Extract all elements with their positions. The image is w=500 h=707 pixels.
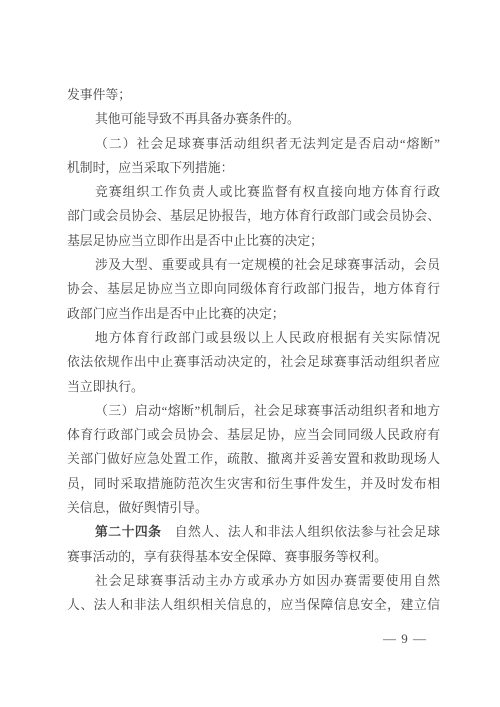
- text-line: 体育行政部门或会员协会、基层足协，应当会同同级人民政府有: [67, 423, 440, 447]
- paragraph: 第二十四条 自然人、法人和非法人组织依法参与社会足球赛事活动的，享有获得基本安全…: [67, 520, 440, 569]
- text-line: 政部门应当作出是否中止比赛的决定；: [67, 302, 440, 326]
- text-segment: 人、法人和非法人组织相关信息的，应当保障信息安全，建立信: [67, 598, 440, 612]
- text-segment: 协会、基层足协应当立即向同级体育行政部门报告，地方体育行: [67, 282, 440, 296]
- text-segment: 关部门做好应急处置工作，疏散、撤离并妥善安置和救助现场人: [67, 452, 440, 466]
- text-line: 员，同时采取措施防范次生灾害和衍生事件发生，并及时发布相: [67, 472, 440, 496]
- text-segment: 政部门应当作出是否中止比赛的决定；: [67, 307, 285, 321]
- text-segment: 机制时，应当采取下列措施：: [67, 161, 233, 175]
- text-segment: 部门或会员协会、基层足协报告，地方体育行政部门或会员协会、: [67, 209, 440, 223]
- paragraph: （三）启动“熔断”机制后，社会足球赛事活动组织者和地方体育行政部门或会员协会、基…: [67, 399, 440, 520]
- text-line: 协会、基层足协应当立即向同级体育行政部门报告，地方体育行: [67, 277, 440, 301]
- text-line: 部门或会员协会、基层足协报告，地方体育行政部门或会员协会、: [67, 204, 440, 228]
- text-segment: 地方体育行政部门或县级以上人民政府根据有关实际情况: [95, 331, 440, 345]
- page-footer: — 9 —: [383, 630, 427, 648]
- article-number: 第二十四条: [95, 525, 161, 539]
- document-body: 发事件等；其他可能导致不再具备办赛条件的。（二）社会足球赛事活动组织者无法判定是…: [67, 83, 440, 618]
- text-segment: 其他可能导致不再具备办赛条件的。: [95, 112, 300, 126]
- text-line: 发事件等；: [67, 83, 440, 107]
- text-segment: 依法依规作出中止赛事活动决定的，社会足球赛事活动组织者应: [67, 355, 440, 369]
- text-line: 基层足协应当立即作出是否中止比赛的决定；: [67, 229, 440, 253]
- text-line: 机制时，应当采取下列措施：: [67, 156, 440, 180]
- text-line: 赛事活动的，享有获得基本安全保障、赛事服务等权利。: [67, 545, 440, 569]
- text-segment: 当立即执行。: [67, 380, 144, 394]
- paragraph: 涉及大型、重要或具有一定规模的社会足球赛事活动，会员协会、基层足协应当立即向同级…: [67, 253, 440, 326]
- paragraph: 社会足球赛事活动主办方或承办方如因办赛需要使用自然人、法人和非法人组织相关信息的…: [67, 569, 440, 618]
- text-line: 竞赛组织工作负责人或比赛监督有权直接向地方体育行政: [67, 180, 440, 204]
- page-number: — 9 —: [383, 631, 427, 646]
- text-line: 社会足球赛事活动主办方或承办方如因办赛需要使用自然: [67, 569, 440, 593]
- text-segment: 员，同时采取措施防范次生灾害和衍生事件发生，并及时发布相: [67, 477, 440, 491]
- document-page: 发事件等；其他可能导致不再具备办赛条件的。（二）社会足球赛事活动组织者无法判定是…: [0, 0, 500, 707]
- text-line: 人、法人和非法人组织相关信息的，应当保障信息安全，建立信: [67, 593, 440, 617]
- text-line: 涉及大型、重要或具有一定规模的社会足球赛事活动，会员: [67, 253, 440, 277]
- text-segment: （三）启动“熔断”机制后，社会足球赛事活动组织者和地方: [95, 404, 440, 418]
- paragraph: 竞赛组织工作负责人或比赛监督有权直接向地方体育行政部门或会员协会、基层足协报告，…: [67, 180, 440, 253]
- text-line: 关部门做好应急处置工作，疏散、撤离并妥善安置和救助现场人: [67, 447, 440, 471]
- text-segment: 赛事活动的，享有获得基本安全保障、赛事服务等权利。: [67, 550, 387, 564]
- text-line: 地方体育行政部门或县级以上人民政府根据有关实际情况: [67, 326, 440, 350]
- text-segment: 基层足协应当立即作出是否中止比赛的决定；: [67, 234, 323, 248]
- text-line: 依法依规作出中止赛事活动决定的，社会足球赛事活动组织者应: [67, 350, 440, 374]
- text-segment: 竞赛组织工作负责人或比赛监督有权直接向地方体育行政: [95, 185, 440, 199]
- text-segment: 涉及大型、重要或具有一定规模的社会足球赛事活动，会员: [95, 258, 440, 272]
- text-line: （三）启动“熔断”机制后，社会足球赛事活动组织者和地方: [67, 399, 440, 423]
- text-line: （二）社会足球赛事活动组织者无法判定是否启动“熔断”: [67, 132, 440, 156]
- text-segment: （二）社会足球赛事活动组织者无法判定是否启动“熔断”: [95, 137, 440, 151]
- text-segment: 自然人、法人和非法人组织依法参与社会足球: [161, 525, 440, 539]
- paragraph: 地方体育行政部门或县级以上人民政府根据有关实际情况依法依规作出中止赛事活动决定的…: [67, 326, 440, 399]
- text-line: 其他可能导致不再具备办赛条件的。: [67, 107, 440, 131]
- text-line: 当立即执行。: [67, 375, 440, 399]
- text-segment: 社会足球赛事活动主办方或承办方如因办赛需要使用自然: [95, 574, 440, 588]
- paragraph: 发事件等；: [67, 83, 440, 107]
- text-segment: 发事件等；: [67, 88, 131, 102]
- text-line: 第二十四条 自然人、法人和非法人组织依法参与社会足球: [67, 520, 440, 544]
- text-line: 关信息，做好舆情引导。: [67, 496, 440, 520]
- text-segment: 关信息，做好舆情引导。: [67, 501, 208, 515]
- text-segment: 体育行政部门或会员协会、基层足协，应当会同同级人民政府有: [67, 428, 440, 442]
- paragraph: 其他可能导致不再具备办赛条件的。: [67, 107, 440, 131]
- paragraph: （二）社会足球赛事活动组织者无法判定是否启动“熔断”机制时，应当采取下列措施：: [67, 132, 440, 181]
